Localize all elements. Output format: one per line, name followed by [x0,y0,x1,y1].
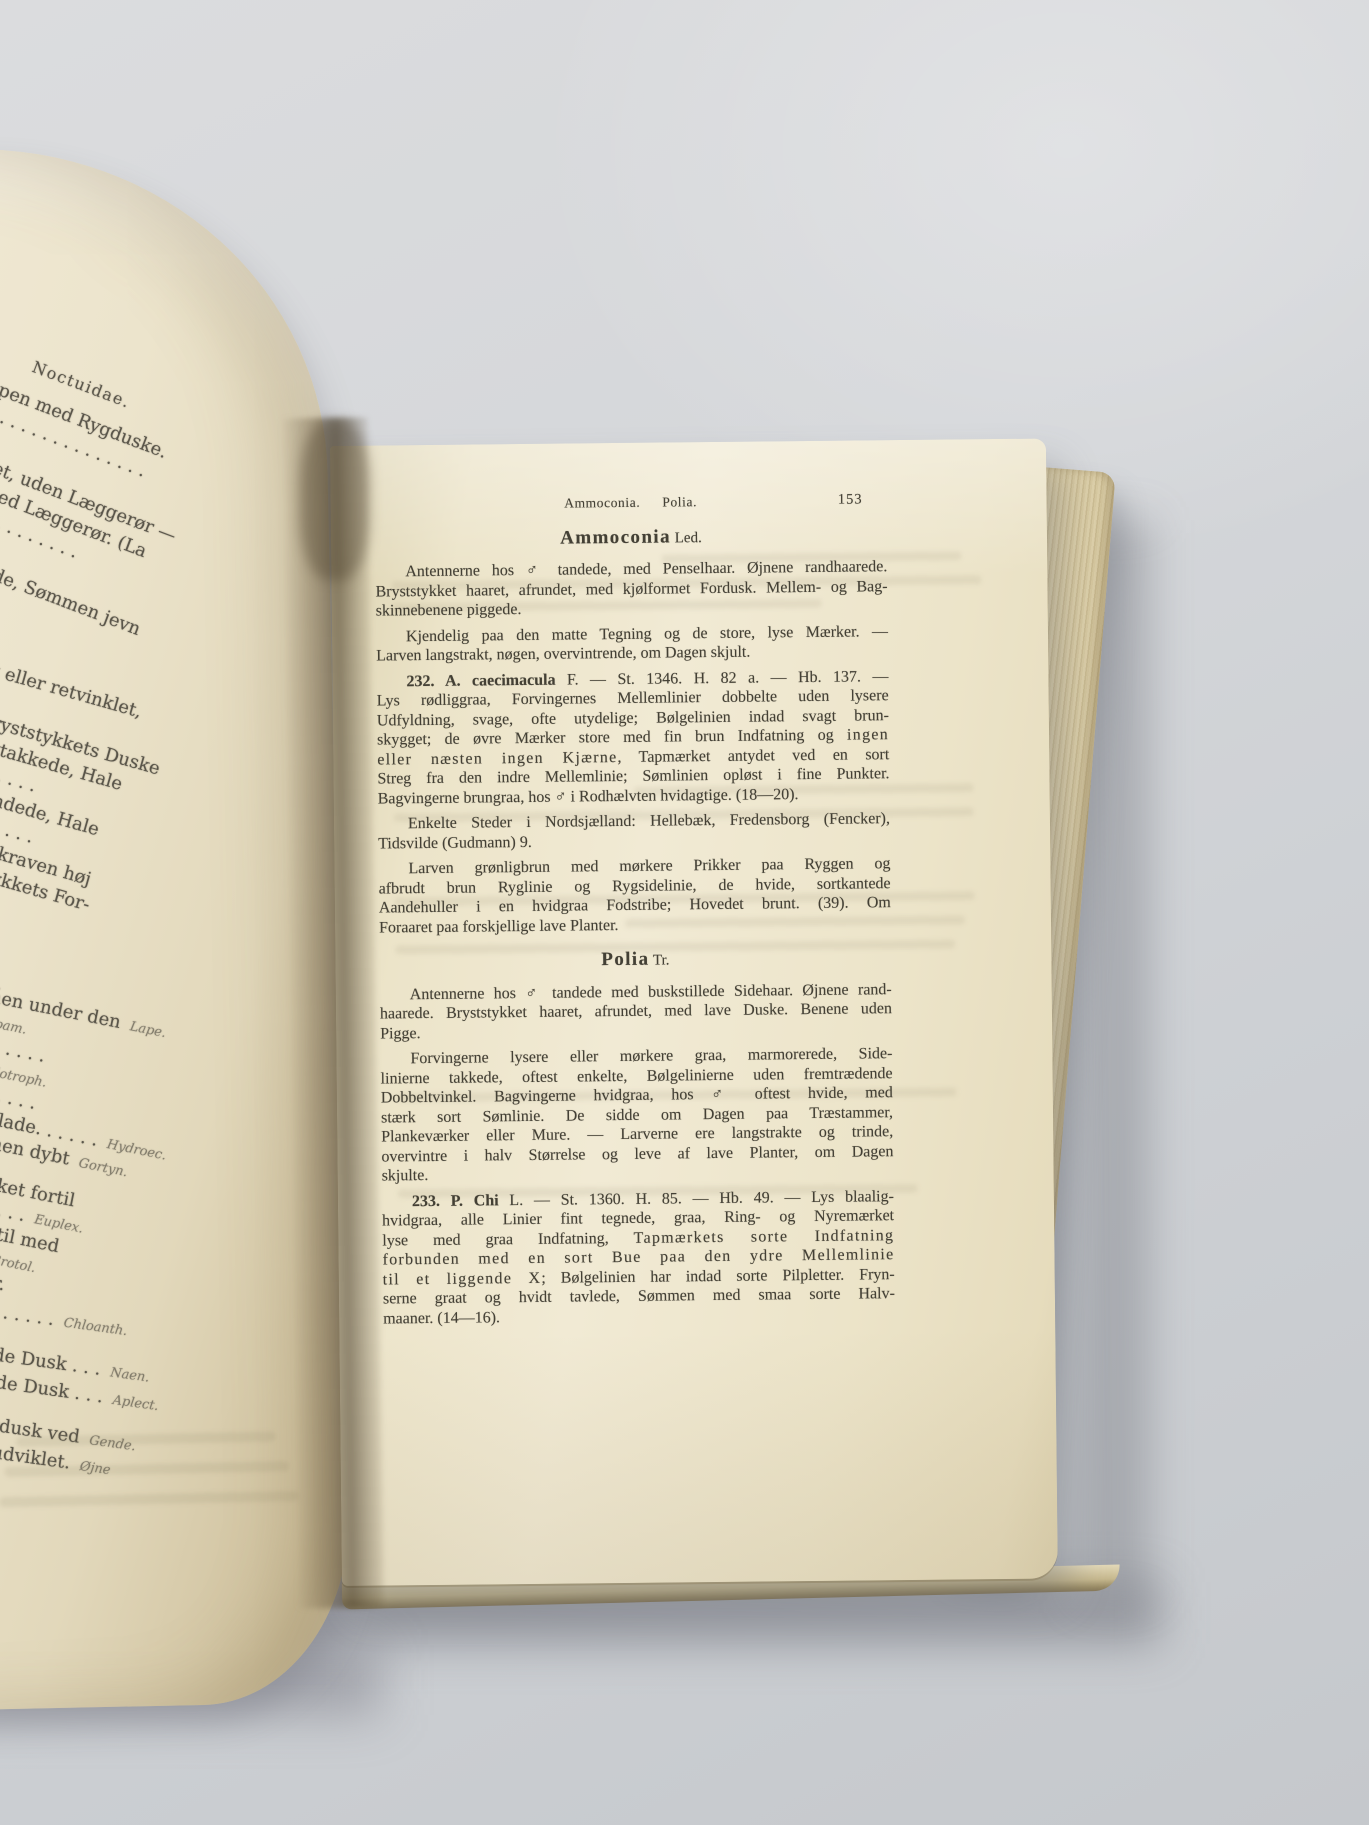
paragraph: Enkelte Steder i Nordsjælland: Hellebæk,… [378,809,890,853]
left-page-text-lower: ds skarp, Sømmen under denLape.e endophy… [0,958,192,1322]
genus-label: Naen. [109,1365,150,1385]
page-body: Ammoconia Led.Antennerne hos ♂ tandede, … [375,525,895,1329]
section-heading: Polia Tr. [379,947,891,974]
paragraph: 233. P. Chi L. — St. 1360. H. 85. — Hb. … [382,1187,895,1329]
running-head-left: Ammoconia. [564,495,640,511]
page-number: 153 [838,490,863,510]
book-photo: Noctuidae.g Bagkroppen med Rygduske.ort … [0,0,1369,1825]
left-page-text-bottom: . . . . . . . . . . . . . . . . . .Chloa… [0,1280,170,1488]
running-head: Ammoconia.Polia. 153 [375,490,887,515]
genus-label: Chloanth. [63,1316,129,1340]
paragraph: Antennerne hos ♂ tandede, med Penselhaar… [375,557,888,621]
gutter-shadow-top [300,420,370,580]
text-line: skinnebenene piggede. [376,596,888,621]
right-page: Ammoconia.Polia. 153 Ammoconia Led.Anten… [330,439,1058,1586]
paragraph: Larven grønligbrun med mørkere Prikker p… [378,854,891,937]
paragraph: Antennerne hos ♂ tandede med buskstilled… [380,980,893,1044]
right-page-text: Ammoconia.Polia. 153 Ammoconia Led.Anten… [375,490,896,1334]
section-heading: Ammoconia Led. [375,525,887,552]
left-page-text-upper: Spids afrundet eller retvinklet,eller ud… [0,624,176,1022]
genus-label: Aplect. [112,1393,160,1414]
left-page: Noctuidae.g Bagkroppen med Rygduske.ort … [0,142,353,1714]
paragraph: Forvingerne lysere eller mørkere graa, m… [380,1044,893,1186]
paragraph: Kjendelig paa den matte Tegning og de st… [376,622,888,666]
show-through-ghost [0,1491,299,1507]
running-head-right: Polia. [662,494,697,509]
genus-label: Apam. [0,1015,28,1038]
paragraph: 232. A. caecimacula F. — St. 1346. H. 82… [376,667,889,809]
text-line: Larven langstrakt, nøgen, overvintrende,… [376,641,888,666]
left-page-text-top: Noctuidae.g Bagkroppen med Rygduske.ort … [0,312,218,665]
